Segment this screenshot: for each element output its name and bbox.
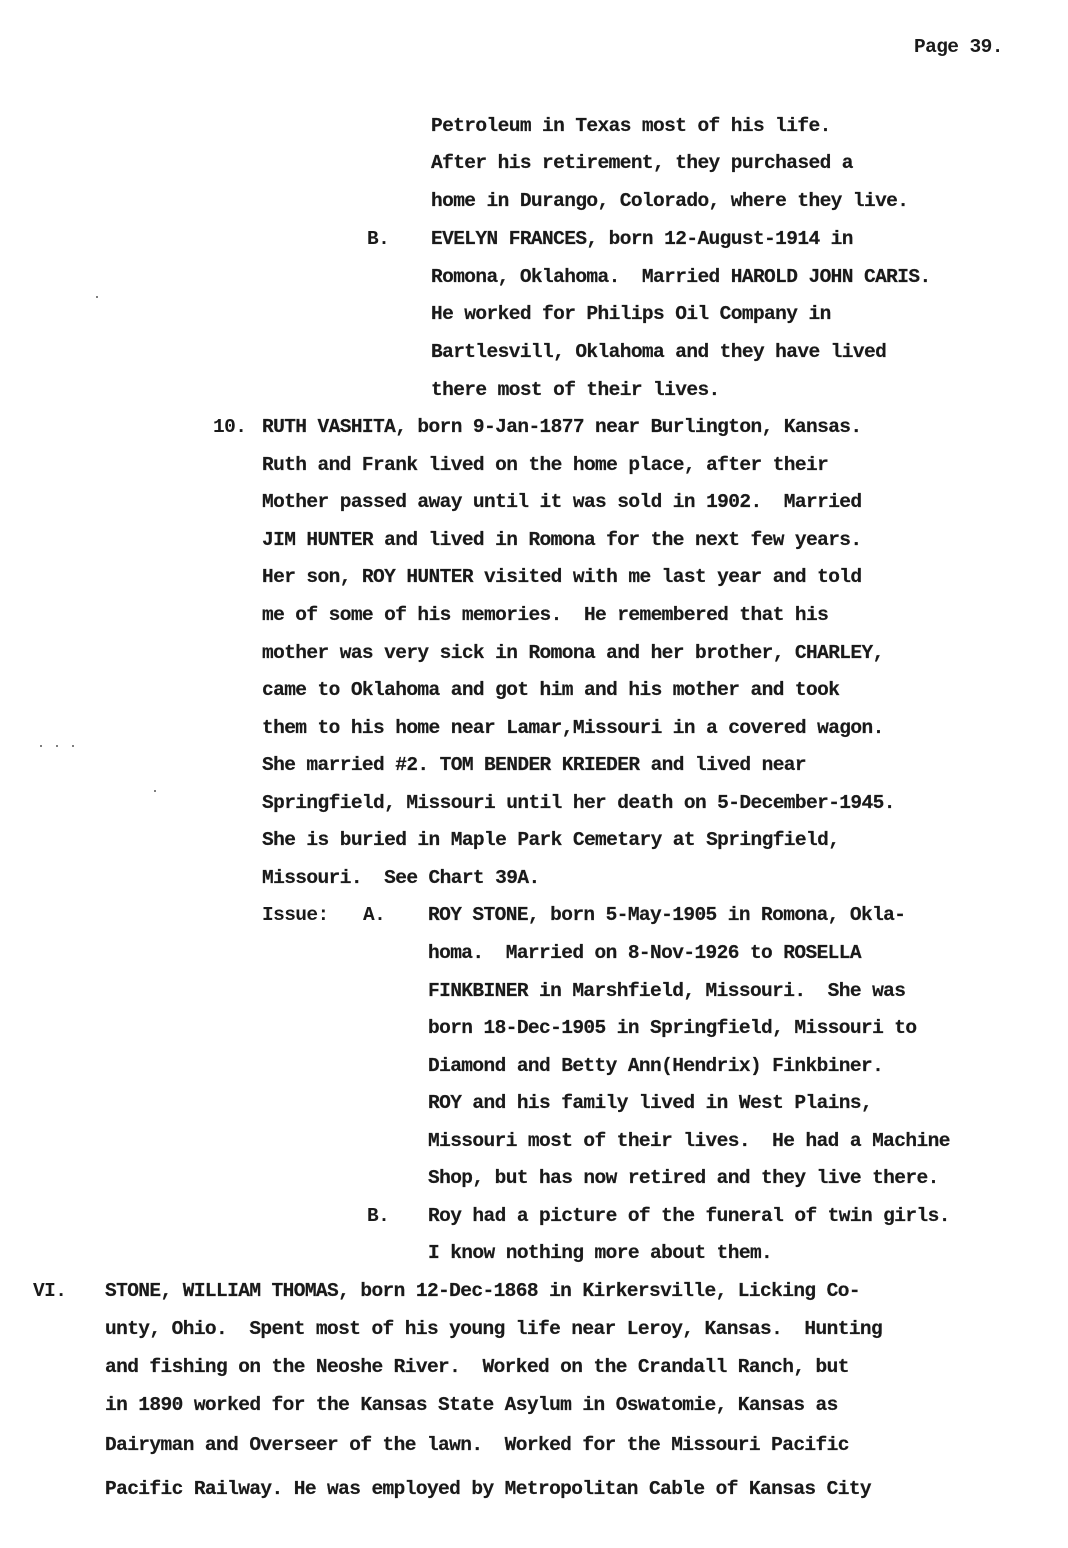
scan-speck xyxy=(40,745,42,747)
page-number: Page 39. xyxy=(914,36,1003,58)
text-line: She married #2. TOM BENDER KRIEDER and l… xyxy=(262,753,806,777)
text-line: Romona, Oklahoma. Married HAROLD JOHN CA… xyxy=(431,265,931,289)
text-line: RUTH VASHITA, born 9-Jan-1877 near Burli… xyxy=(262,415,862,439)
list-marker: B. xyxy=(367,227,389,251)
scan-speck xyxy=(56,745,58,747)
text-line: Roy had a picture of the funeral of twin… xyxy=(428,1204,950,1228)
text-line: Missouri most of their lives. He had a M… xyxy=(428,1129,950,1153)
scan-speck xyxy=(72,745,74,747)
text-line: Mother passed away until it was sold in … xyxy=(262,490,862,514)
text-line: them to his home near Lamar,Missouri in … xyxy=(262,716,884,740)
scan-speck xyxy=(154,790,156,792)
text-line: unty, Ohio. Spent most of his young life… xyxy=(105,1317,882,1341)
text-line: ROY STONE, born 5-May-1905 in Romona, Ok… xyxy=(428,903,905,927)
text-line: STONE, WILLIAM THOMAS, born 12-Dec-1868 … xyxy=(105,1279,860,1303)
text-line: home in Durango, Colorado, where they li… xyxy=(431,189,908,213)
text-line: She is buried in Maple Park Cemetary at … xyxy=(262,828,839,852)
text-line: Diamond and Betty Ann(Hendrix) Finkbiner… xyxy=(428,1054,883,1078)
text-line: He worked for Philips Oil Company in xyxy=(431,302,831,326)
issue-label: Issue: xyxy=(262,903,329,927)
text-line: mother was very sick in Romona and her b… xyxy=(262,641,884,665)
text-line: ROY and his family lived in West Plains, xyxy=(428,1091,872,1115)
list-marker: A. xyxy=(363,903,385,927)
text-line: and fishing on the Neoshe River. Worked … xyxy=(105,1355,849,1379)
text-line: in 1890 worked for the Kansas State Asyl… xyxy=(105,1393,838,1417)
text-line: JIM HUNTER and lived in Romona for the n… xyxy=(262,528,862,552)
text-line: Her son, ROY HUNTER visited with me last… xyxy=(262,565,862,589)
text-line: there most of their lives. xyxy=(431,378,720,402)
text-line: me of some of his memories. He remembere… xyxy=(262,603,828,627)
text-line: Missouri. See Chart 39A. xyxy=(262,866,540,890)
text-line: homa. Married on 8-Nov-1926 to ROSELLA xyxy=(428,941,861,965)
text-line: EVELYN FRANCES, born 12-August-1914 in xyxy=(431,227,853,251)
section-marker: VI. xyxy=(33,1279,66,1303)
text-line: Petroleum in Texas most of his life. xyxy=(431,114,831,138)
text-line: After his retirement, they purchased a xyxy=(431,151,853,175)
text-line: came to Oklahoma and got him and his mot… xyxy=(262,678,839,702)
list-marker: 10. xyxy=(213,415,246,439)
text-line: Dairyman and Overseer of the lawn. Worke… xyxy=(105,1433,849,1457)
list-marker: B. xyxy=(367,1204,389,1228)
text-line: FINKBINER in Marshfield, Missouri. She w… xyxy=(428,979,905,1003)
text-line: Springfield, Missouri until her death on… xyxy=(262,791,895,815)
text-line: I know nothing more about them. xyxy=(428,1241,772,1265)
text-line: Pacific Railway. He was employed by Metr… xyxy=(105,1477,871,1501)
scan-speck xyxy=(96,296,98,298)
text-line: Ruth and Frank lived on the home place, … xyxy=(262,453,828,477)
text-line: Bartlesvill, Oklahoma and they have live… xyxy=(431,340,886,364)
text-line: Shop, but has now retired and they live … xyxy=(428,1166,939,1190)
text-line: born 18-Dec-1905 in Springfield, Missour… xyxy=(428,1016,916,1040)
